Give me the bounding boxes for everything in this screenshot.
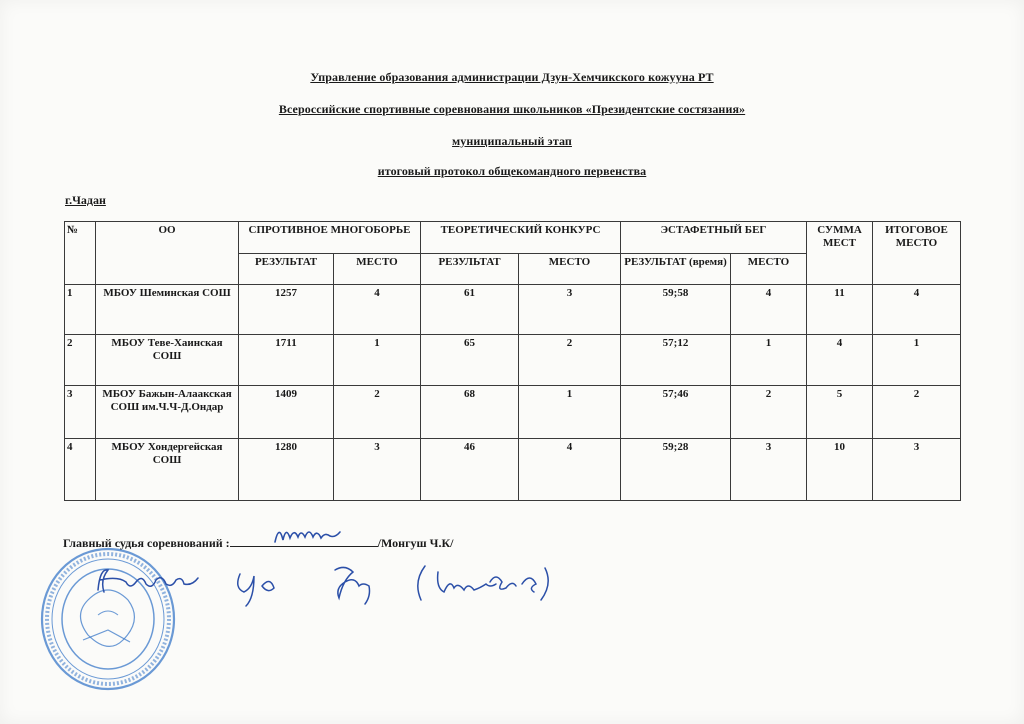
cell-org: МБОУ Бажын-Алаакская СОШ им.Ч.Ч-Д.Ондар: [96, 386, 239, 439]
cell-relay-place: 4: [731, 285, 807, 335]
cell-multisport-result: 1280: [239, 439, 334, 501]
header-protocol: итоговый протокол общекомандного первенс…: [0, 164, 1024, 179]
col-header-multisport-result: РЕЗУЛЬТАТ: [239, 254, 334, 285]
results-table: № ОО СПРОТИВНОЕ МНОГОБОРЬЕ ТЕОРЕТИЧЕСКИЙ…: [64, 221, 961, 501]
col-header-theory: ТЕОРЕТИЧЕСКИЙ КОНКУРС: [421, 222, 621, 254]
cell-relay-result: 57;46: [621, 386, 731, 439]
cell-theory-place: 2: [519, 335, 621, 386]
table-row: 2 МБОУ Теве-Хаинская СОШ 1711 1 65 2 57;…: [65, 335, 961, 386]
cell-multisport-result: 1711: [239, 335, 334, 386]
cell-theory-place: 3: [519, 285, 621, 335]
col-header-theory-result: РЕЗУЛЬТАТ: [421, 254, 519, 285]
cell-theory-result: 46: [421, 439, 519, 501]
chief-judge-name: /Монгуш Ч.К/: [378, 536, 454, 550]
col-header-num: №: [65, 222, 96, 285]
cell-theory-result: 65: [421, 335, 519, 386]
cell-sum: 11: [807, 285, 873, 335]
cell-org: МБОУ Шеминская СОШ: [96, 285, 239, 335]
cell-relay-result: 57;12: [621, 335, 731, 386]
cell-sum: 4: [807, 335, 873, 386]
col-header-relay-place: МЕСТО: [731, 254, 807, 285]
cell-theory-place: 4: [519, 439, 621, 501]
col-header-multisport-place: МЕСТО: [334, 254, 421, 285]
cell-multisport-result: 1409: [239, 386, 334, 439]
cell-multisport-place: 1: [334, 335, 421, 386]
cell-relay-place: 3: [731, 439, 807, 501]
cell-org: МБОУ Хондергейская СОШ: [96, 439, 239, 501]
table-row: 1 МБОУ Шеминская СОШ 1257 4 61 3 59;58 4…: [65, 285, 961, 335]
cell-final: 4: [873, 285, 961, 335]
cell-final: 3: [873, 439, 961, 501]
cell-theory-result: 68: [421, 386, 519, 439]
col-header-org: ОО: [96, 222, 239, 285]
cell-relay-place: 1: [731, 335, 807, 386]
col-header-final: ИТОГОВОЕ МЕСТО: [873, 222, 961, 285]
table-row: 4 МБОУ Хондергейская СОШ 1280 3 46 4 59;…: [65, 439, 961, 501]
cell-sum: 5: [807, 386, 873, 439]
table-row: 3 МБОУ Бажын-Алаакская СОШ им.Ч.Ч-Д.Онда…: [65, 386, 961, 439]
cell-relay-result: 59;28: [621, 439, 731, 501]
cell-theory-result: 61: [421, 285, 519, 335]
cell-num: 3: [65, 386, 96, 439]
header-organization: Управление образования администрации Дзу…: [0, 70, 1024, 85]
cell-final: 2: [873, 386, 961, 439]
cell-final: 1: [873, 335, 961, 386]
cell-relay-result: 59;58: [621, 285, 731, 335]
cell-multisport-place: 2: [334, 386, 421, 439]
cell-multisport-place: 4: [334, 285, 421, 335]
col-header-relay-result: РЕЗУЛЬТАТ (время): [621, 254, 731, 285]
cell-num: 4: [65, 439, 96, 501]
location: г.Чадан: [65, 193, 106, 208]
cell-sum: 10: [807, 439, 873, 501]
col-header-sum: СУММА МЕСТ: [807, 222, 873, 285]
signature-line: [230, 534, 378, 547]
col-header-multisport: СПРОТИВНОЕ МНОГОБОРЬЕ: [239, 222, 421, 254]
cell-theory-place: 1: [519, 386, 621, 439]
cell-relay-place: 2: [731, 386, 807, 439]
cell-multisport-place: 3: [334, 439, 421, 501]
header-row-groups: № ОО СПРОТИВНОЕ МНОГОБОРЬЕ ТЕОРЕТИЧЕСКИЙ…: [65, 222, 961, 254]
cell-multisport-result: 1257: [239, 285, 334, 335]
header-stage: муниципальный этап: [0, 134, 1024, 149]
col-header-relay: ЭСТАФЕТНЫЙ БЕГ: [621, 222, 807, 254]
header-event: Всероссийские спортивные соревнования шк…: [0, 102, 1024, 117]
col-header-theory-place: МЕСТО: [519, 254, 621, 285]
cell-num: 1: [65, 285, 96, 335]
chief-judge-label: Главный судья соревнований :: [63, 536, 230, 550]
cell-num: 2: [65, 335, 96, 386]
cell-org: МБОУ Теве-Хаинская СОШ: [96, 335, 239, 386]
official-stamp: [38, 545, 178, 693]
chief-judge-line: Главный судья соревнований :/Монгуш Ч.К/: [63, 534, 454, 551]
